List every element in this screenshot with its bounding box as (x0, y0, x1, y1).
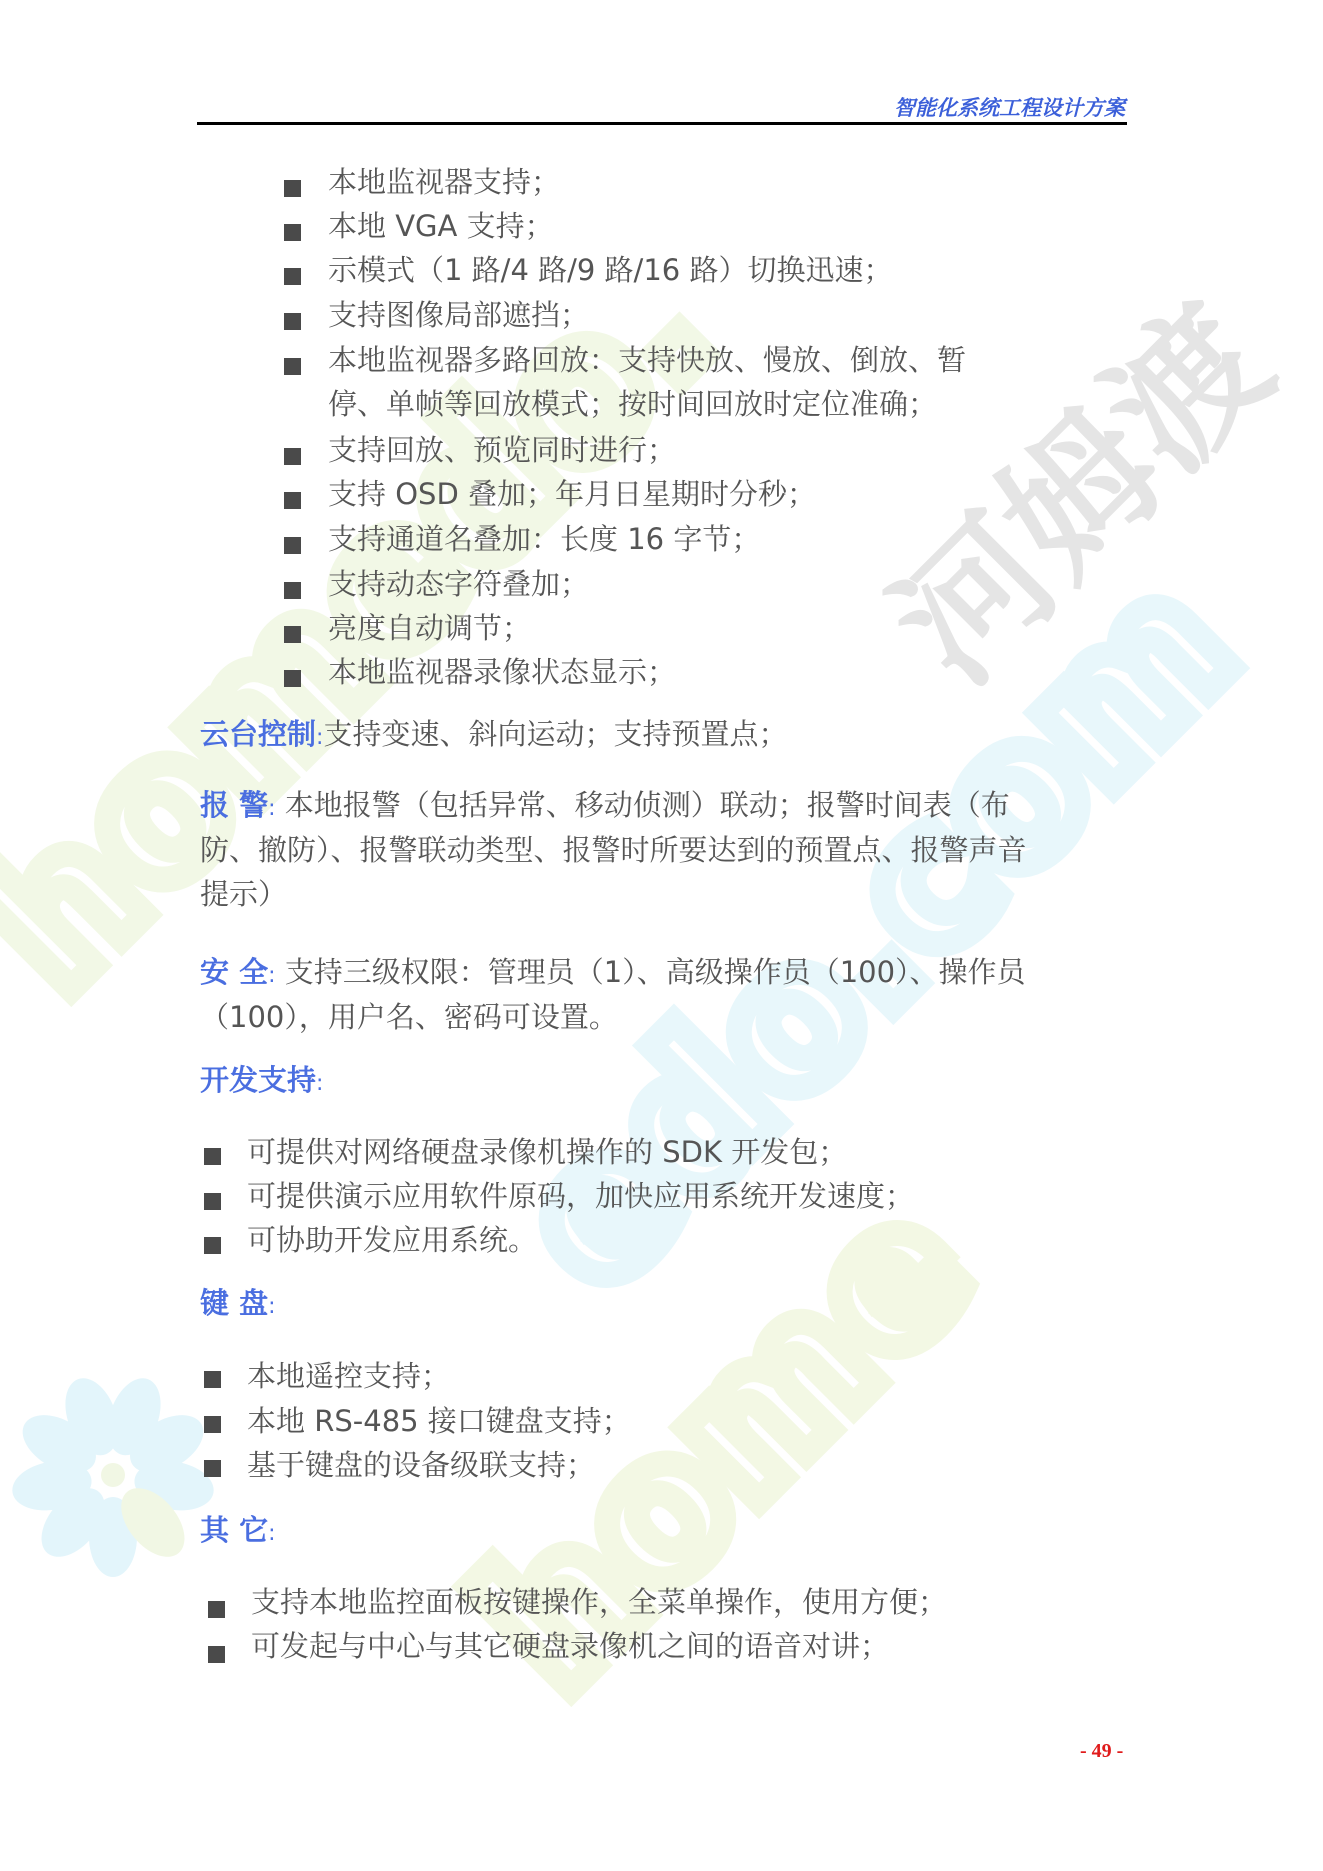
bullet-icon (284, 180, 301, 197)
bullet-icon (204, 1148, 221, 1165)
alarm-paragraph-line-3: 提示） (200, 872, 287, 916)
bullet-icon (284, 582, 301, 599)
bullet-icon (208, 1601, 225, 1618)
bullet-icon (284, 224, 301, 241)
security-text: 支持三级权限：管理员（1）、高级操作员（100）、操作员 (285, 955, 1026, 989)
heading-colon: : (268, 796, 275, 821)
bullet-icon (284, 313, 301, 330)
list-item: 示模式（1 路/4 路/9 路/16 路）切换迅速； (328, 248, 892, 292)
list-item: 基于键盘的设备级联支持； (247, 1443, 595, 1487)
list-item: 本地监视器支持； (328, 160, 560, 204)
bullet-icon (204, 1237, 221, 1254)
ptz-paragraph: 云台控制:支持变速、斜向运动；支持预置点； (200, 712, 787, 760)
list-item: 支持回放、预览同时进行； (328, 428, 676, 472)
alarm-text: 本地报警（包括异常、移动侦测）联动；报警时间表（布 (285, 788, 1010, 822)
list-item: 支持通道名叠加：长度 16 字节； (328, 517, 760, 561)
bullet-icon (284, 626, 301, 643)
heading-colon: : (316, 1071, 323, 1096)
list-item: 可提供演示应用软件原码，加快应用系统开发速度； (247, 1174, 914, 1218)
bullet-icon (204, 1460, 221, 1477)
keyboard-heading: 键 盘 (200, 1286, 268, 1320)
list-item: 支持图像局部遮挡； (328, 293, 589, 337)
keyboard-heading-line: 键 盘: (200, 1281, 276, 1329)
bullet-icon (284, 448, 301, 465)
bullet-icon (284, 537, 301, 554)
bullet-icon (204, 1371, 221, 1388)
list-item: 本地监视器多路回放：支持快放、慢放、倒放、暂 (328, 338, 966, 382)
bullet-icon (208, 1646, 225, 1663)
list-item: 本地 VGA 支持； (328, 204, 554, 248)
heading-colon: : (268, 963, 275, 988)
list-item-continuation: 停、单帧等回放模式；按时间回放时定位准确； (328, 382, 937, 426)
alarm-heading: 报 警 (200, 788, 268, 822)
security-heading: 安 全 (200, 955, 268, 989)
list-item: 支持 OSD 叠加；年月日星期时分秒； (328, 472, 816, 516)
flower-logo-watermark (8, 1371, 217, 1577)
list-item: 可发起与中心与其它硬盘录像机之间的语音对讲； (251, 1624, 889, 1668)
heading-colon: : (268, 1521, 275, 1546)
list-item: 本地遥控支持； (247, 1354, 450, 1398)
other-heading-line: 其 它: (200, 1508, 276, 1556)
document-header-title: 智能化系统工程设计方案 (894, 92, 1125, 122)
list-item: 本地监视器录像状态显示； (328, 650, 676, 694)
bullet-icon (204, 1193, 221, 1210)
bullet-icon (284, 492, 301, 509)
dev-heading-line: 开发支持: (200, 1058, 323, 1106)
list-item: 可协助开发应用系统。 (247, 1218, 537, 1262)
alarm-paragraph-line-1: 报 警: 本地报警（包括异常、移动侦测）联动；报警时间表（布 (200, 783, 1010, 831)
heading-colon: : (268, 1294, 275, 1319)
list-item: 支持动态字符叠加； (328, 562, 589, 606)
bullet-icon (284, 268, 301, 285)
list-item: 可提供对网络硬盘录像机操作的 SDK 开发包； (247, 1130, 847, 1174)
alarm-paragraph-line-2: 防、撤防）、报警联动类型、报警时所要达到的预置点、报警声音 (200, 828, 1027, 872)
ptz-heading: 云台控制 (200, 717, 316, 751)
header-rule (197, 122, 1127, 125)
other-heading: 其 它 (200, 1513, 268, 1547)
list-item: 本地 RS-485 接口键盘支持； (247, 1399, 631, 1443)
ptz-text: 支持变速、斜向运动；支持预置点； (323, 717, 787, 751)
security-paragraph-line-2: （100），用户名、密码可设置。 (200, 995, 618, 1039)
list-item: 亮度自动调节； (328, 606, 531, 650)
bullet-icon (284, 670, 301, 687)
bullet-icon (284, 358, 301, 375)
list-item: 支持本地监控面板按键操作，全菜单操作，使用方便； (251, 1580, 947, 1624)
dev-heading: 开发支持 (200, 1063, 316, 1097)
bullet-icon (204, 1416, 221, 1433)
page-number: - 49 - (1080, 1740, 1123, 1763)
security-paragraph-line-1: 安 全: 支持三级权限：管理员（1）、高级操作员（100）、操作员 (200, 950, 1026, 998)
